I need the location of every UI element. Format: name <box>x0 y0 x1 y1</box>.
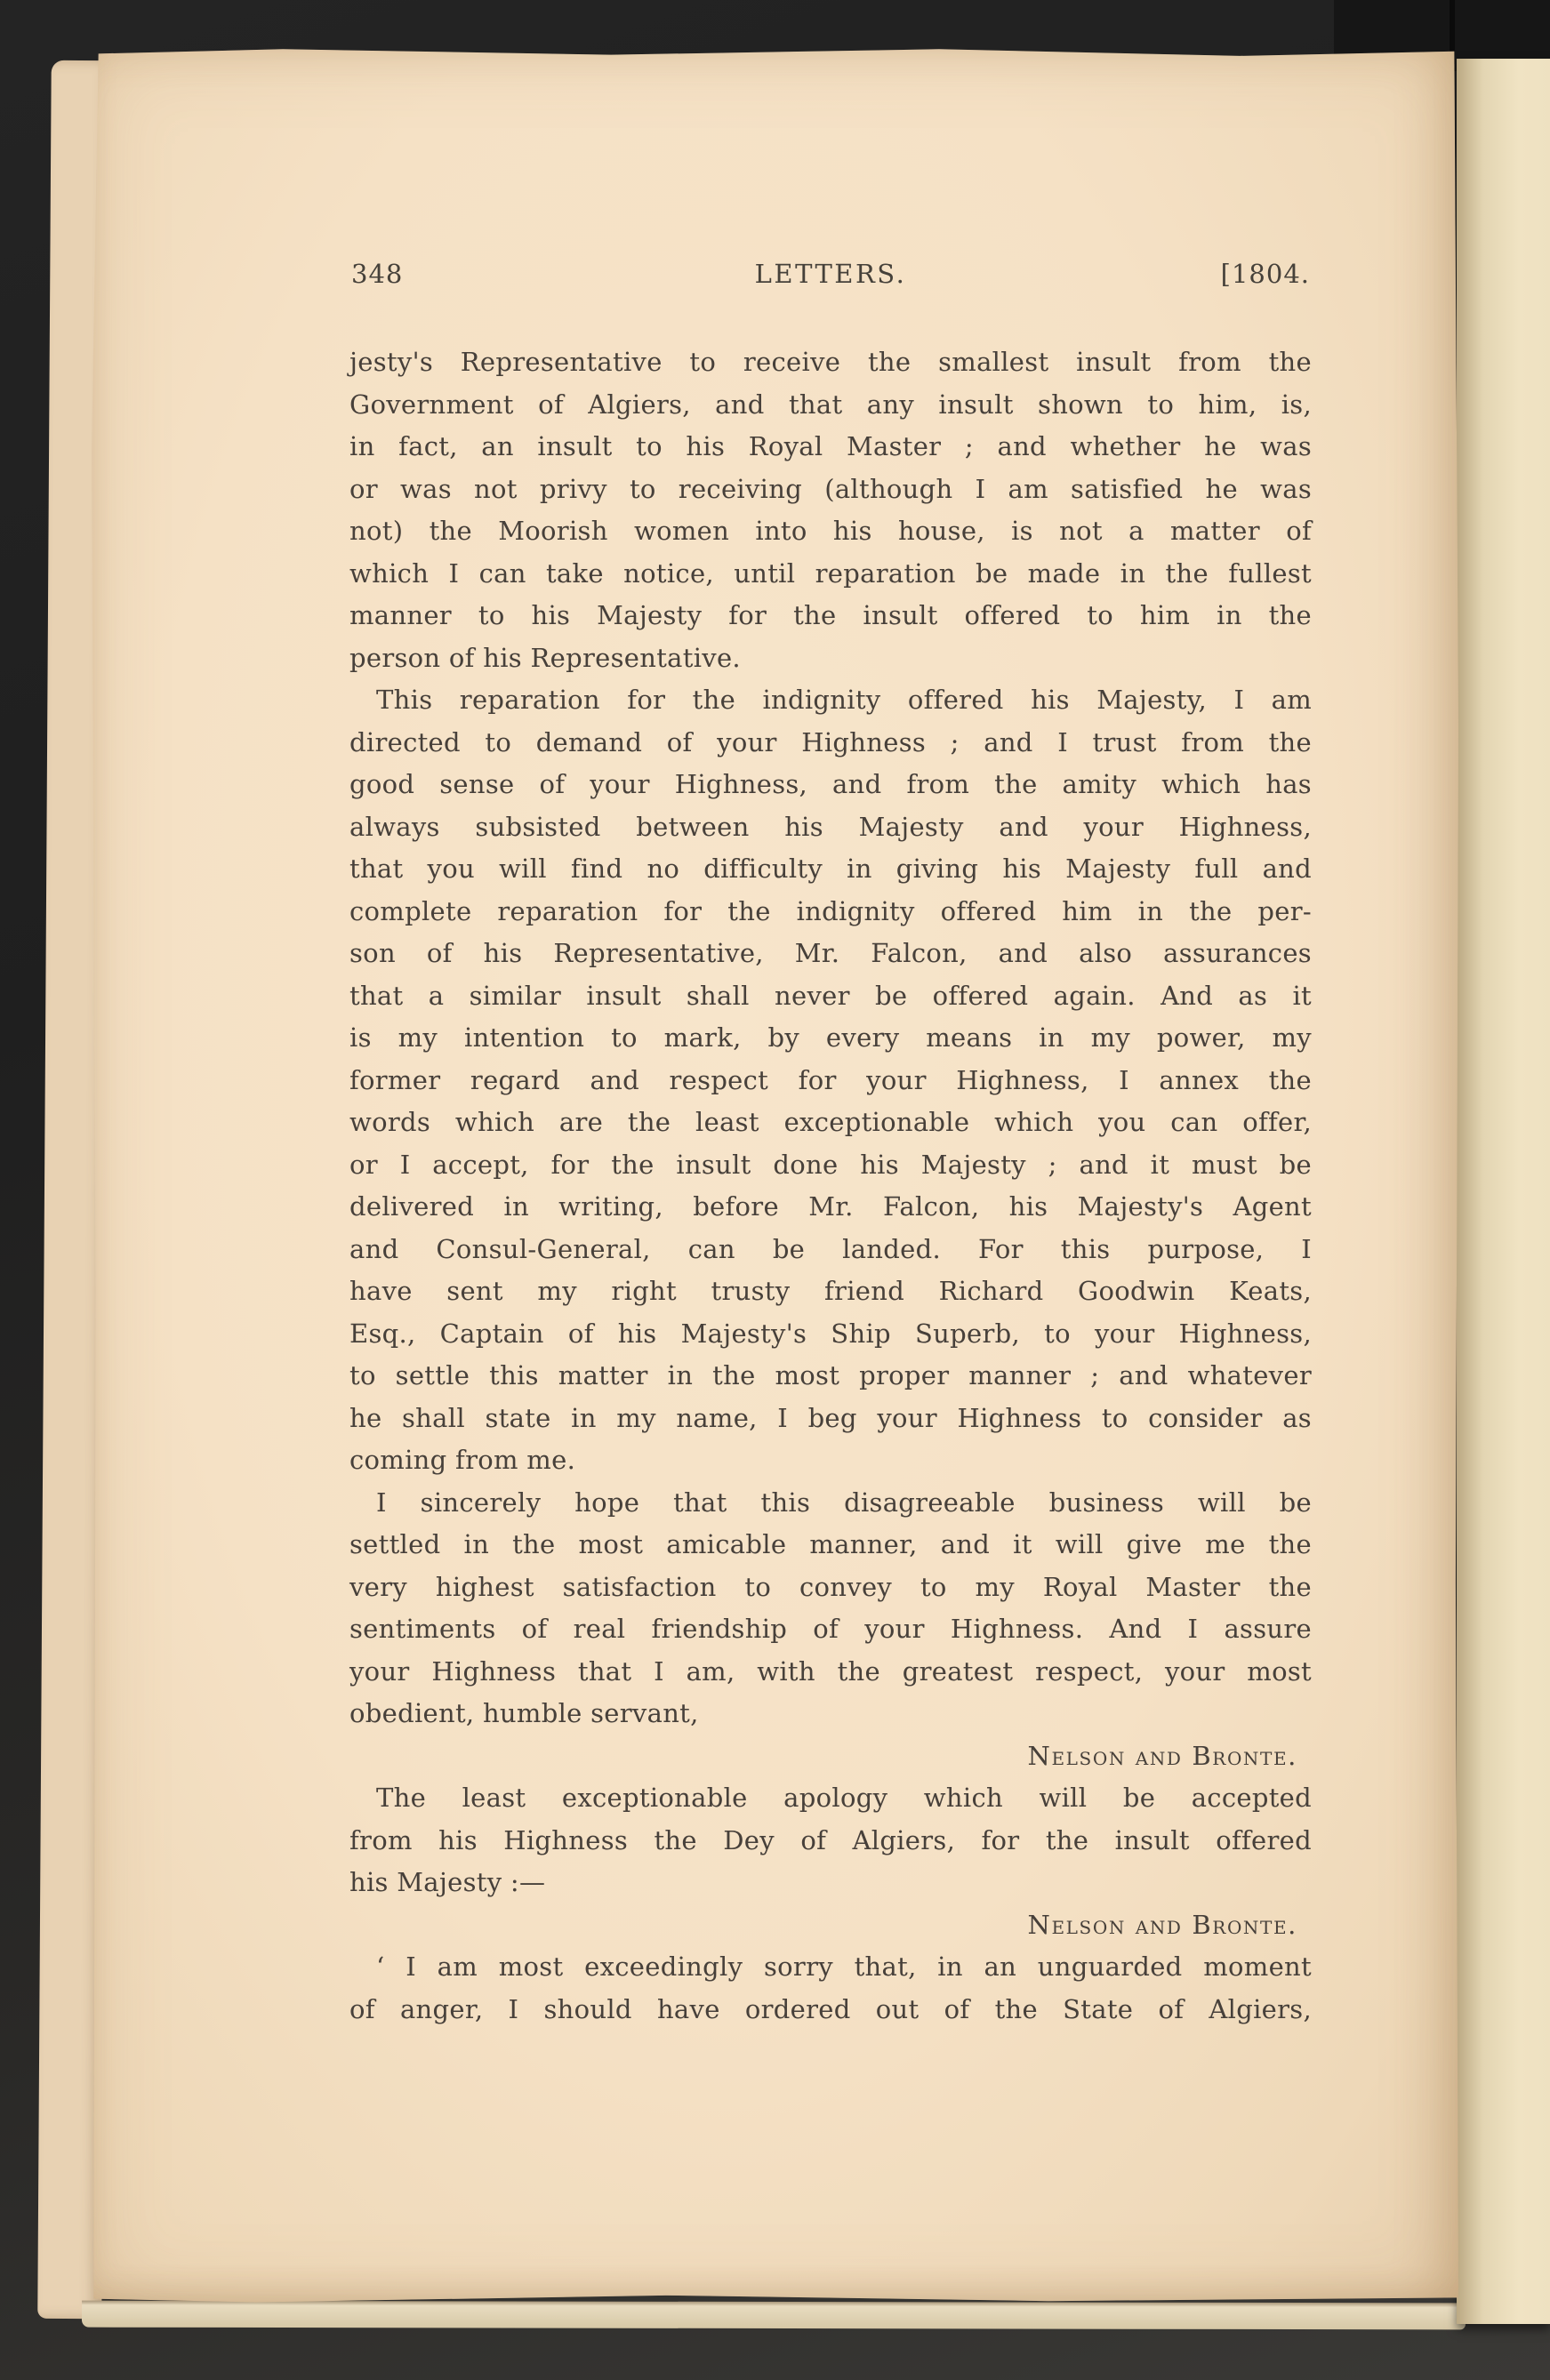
text-block: jesty's Representative to receive the sm… <box>349 341 1312 2031</box>
text-line: delivered in writing, before Mr. Falcon,… <box>349 1186 1312 1229</box>
text-line: to settle this matter in the most proper… <box>349 1355 1312 1398</box>
text-line: coming from me. <box>349 1439 1312 1482</box>
text-line: obedient, humble servant, <box>349 1693 1312 1735</box>
text-line: very highest satisfaction to convey to m… <box>349 1567 1312 1609</box>
text-line: Government of Algiers, and that any insu… <box>349 384 1312 427</box>
text-line: ‘ I am most exceedingly sorry that, in a… <box>349 1946 1312 1989</box>
book-page: 348 LETTERS. [1804. jesty's Representati… <box>92 48 1458 2304</box>
text-line: not) the Moorish women into his house, i… <box>349 510 1312 553</box>
next-page-edge <box>1457 59 1550 2324</box>
text-line: directed to demand of your Highness ; an… <box>349 722 1312 765</box>
text-line: and Consul-General, can be landed. For t… <box>349 1229 1312 1271</box>
page-header: 348 LETTERS. [1804. <box>349 259 1312 294</box>
text-line: that you will find no difficulty in givi… <box>349 848 1312 891</box>
text-line: of anger, I should have ordered out of t… <box>349 1989 1312 2031</box>
text-line: your Highness that I am, with the greate… <box>349 1651 1312 1694</box>
year-marker: [1804. <box>1221 259 1310 289</box>
signature: Nelson and Bronte. <box>349 1904 1312 1947</box>
text-line: or I accept, for the insult done his Maj… <box>349 1144 1312 1187</box>
text-line: is my intention to mark, by every means … <box>349 1017 1312 1060</box>
text-line: from his Highness the Dey of Algiers, fo… <box>349 1820 1312 1863</box>
text-line: complete reparation for the indignity of… <box>349 891 1312 934</box>
text-line: in fact, an insult to his Royal Master ;… <box>349 426 1312 469</box>
text-line: which I can take notice, until reparatio… <box>349 553 1312 596</box>
text-line: This reparation for the indignity offere… <box>349 679 1312 722</box>
running-title: LETTERS. <box>349 259 1312 289</box>
text-line: or was not privy to receiving (although … <box>349 469 1312 511</box>
signature: Nelson and Bronte. <box>349 1735 1312 1778</box>
text-line: that a similar insult shall never be off… <box>349 975 1312 1018</box>
text-line: words which are the least exceptionable … <box>349 1102 1312 1144</box>
text-line: Esq., Captain of his Majesty's Ship Supe… <box>349 1313 1312 1356</box>
page-stack-bottom-edge <box>82 2301 1466 2330</box>
text-line: former regard and respect for your Highn… <box>349 1060 1312 1102</box>
text-line: manner to his Majesty for the insult off… <box>349 595 1312 637</box>
text-line: have sent my right trusty friend Richard… <box>349 1270 1312 1313</box>
text-line: son of his Representative, Mr. Falcon, a… <box>349 933 1312 975</box>
text-line: he shall state in my name, I beg your Hi… <box>349 1398 1312 1440</box>
text-line: person of his Representative. <box>349 637 1312 680</box>
text-line: The least exceptionable apology which wi… <box>349 1777 1312 1820</box>
text-line: good sense of your Highness, and from th… <box>349 764 1312 806</box>
text-line: his Majesty :— <box>349 1862 1312 1904</box>
book-photo: { "header": { "page_number": "348", "tit… <box>0 0 1550 2380</box>
text-line: settled in the most amicable manner, and… <box>349 1524 1312 1567</box>
text-line: sentiments of real friendship of your Hi… <box>349 1608 1312 1651</box>
text-line: jesty's Representative to receive the sm… <box>349 341 1312 384</box>
text-line: always subsisted between his Majesty and… <box>349 806 1312 849</box>
text-line: I sincerely hope that this disagreeable … <box>349 1482 1312 1525</box>
